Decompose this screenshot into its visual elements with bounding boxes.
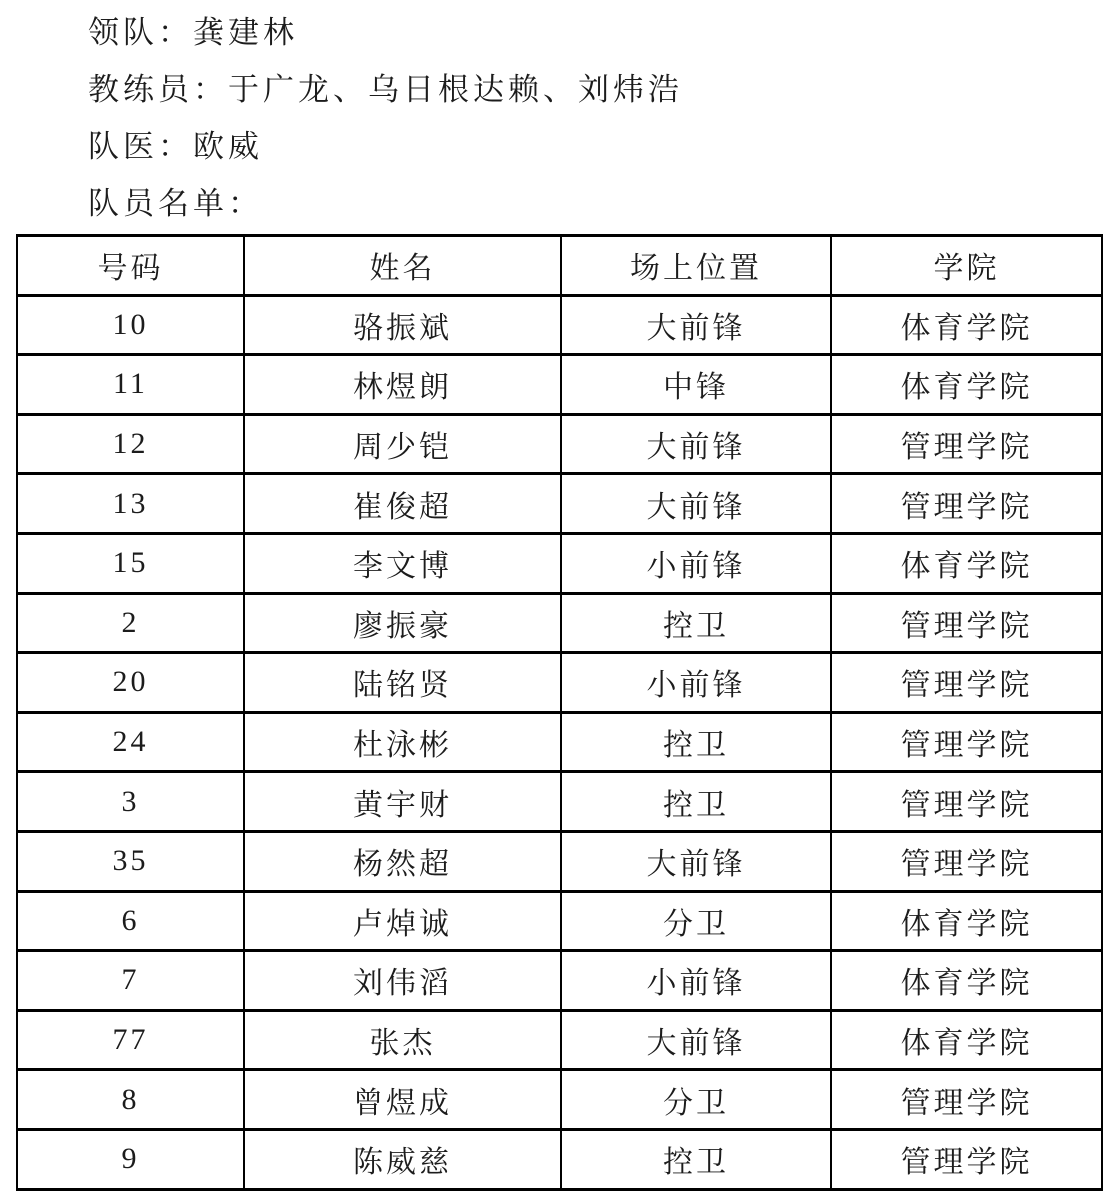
cell-name: 周少铠 [244,414,561,474]
cell-position: 大前锋 [561,831,831,891]
cell-name: 曾煜成 [244,1070,561,1130]
cell-college: 体育学院 [831,891,1102,951]
table-row: 12周少铠大前锋管理学院 [17,414,1102,474]
cell-name: 廖振豪 [244,593,561,653]
cell-name: 李文博 [244,533,561,593]
cell-number: 9 [17,1129,244,1189]
table-row: 15李文博小前锋体育学院 [17,533,1102,593]
cell-number: 15 [17,533,244,593]
table-row: 9陈威慈控卫管理学院 [17,1129,1102,1189]
cell-name: 杜泳彬 [244,712,561,772]
table-row: 24杜泳彬控卫管理学院 [17,712,1102,772]
table-row: 8曾煜成分卫管理学院 [17,1070,1102,1130]
table-row: 6卢焯诚分卫体育学院 [17,891,1102,951]
table-row: 35杨然超大前锋管理学院 [17,831,1102,891]
cell-position: 小前锋 [561,951,831,1011]
cell-position: 中锋 [561,355,831,415]
cell-college: 体育学院 [831,951,1102,1011]
table-row: 20陆铭贤小前锋管理学院 [17,653,1102,713]
team-info-block: 领队：龚建林 教练员：于广龙、乌日根达赖、刘炜浩 队医：欧威 队员名单： [0,0,1112,232]
cell-name: 刘伟滔 [244,951,561,1011]
cell-number: 20 [17,653,244,713]
cell-college: 管理学院 [831,653,1102,713]
cell-position: 大前锋 [561,295,831,355]
cell-name: 卢焯诚 [244,891,561,951]
table-row: 77张杰大前锋体育学院 [17,1010,1102,1070]
cell-college: 管理学院 [831,414,1102,474]
column-header-college: 学院 [831,236,1102,296]
roster-table: 号码 姓名 场上位置 学院 10骆振斌大前锋体育学院11林煜朗中锋体育学院12周… [16,234,1103,1191]
table-row: 2廖振豪控卫管理学院 [17,593,1102,653]
cell-college: 管理学院 [831,474,1102,534]
cell-number: 3 [17,772,244,832]
table-row: 3黄宇财控卫管理学院 [17,772,1102,832]
table-row: 11林煜朗中锋体育学院 [17,355,1102,415]
cell-name: 陆铭贤 [244,653,561,713]
team-leader-line: 领队：龚建林 [88,4,1112,61]
cell-name: 崔俊超 [244,474,561,534]
coaches-line: 教练员：于广龙、乌日根达赖、刘炜浩 [88,61,1112,118]
table-row: 10骆振斌大前锋体育学院 [17,295,1102,355]
cell-name: 张杰 [244,1010,561,1070]
cell-number: 10 [17,295,244,355]
cell-number: 7 [17,951,244,1011]
cell-name: 黄宇财 [244,772,561,832]
column-header-number: 号码 [17,236,244,296]
cell-number: 11 [17,355,244,415]
table-row: 7刘伟滔小前锋体育学院 [17,951,1102,1011]
cell-number: 77 [17,1010,244,1070]
cell-college: 管理学院 [831,1129,1102,1189]
cell-number: 12 [17,414,244,474]
cell-number: 24 [17,712,244,772]
cell-number: 35 [17,831,244,891]
cell-number: 13 [17,474,244,534]
cell-college: 体育学院 [831,295,1102,355]
cell-college: 管理学院 [831,831,1102,891]
cell-position: 小前锋 [561,653,831,713]
table-header-row: 号码 姓名 场上位置 学院 [17,236,1102,296]
roster-label: 队员名单： [88,175,1112,232]
cell-position: 分卫 [561,891,831,951]
cell-name: 陈威慈 [244,1129,561,1189]
cell-name: 骆振斌 [244,295,561,355]
cell-college: 体育学院 [831,355,1102,415]
cell-number: 2 [17,593,244,653]
cell-number: 6 [17,891,244,951]
cell-name: 林煜朗 [244,355,561,415]
column-header-name: 姓名 [244,236,561,296]
cell-college: 管理学院 [831,712,1102,772]
cell-college: 体育学院 [831,1010,1102,1070]
cell-position: 大前锋 [561,1010,831,1070]
cell-position: 大前锋 [561,414,831,474]
table-row: 13崔俊超大前锋管理学院 [17,474,1102,534]
cell-college: 体育学院 [831,533,1102,593]
cell-position: 控卫 [561,1129,831,1189]
cell-position: 大前锋 [561,474,831,534]
cell-college: 管理学院 [831,772,1102,832]
column-header-position: 场上位置 [561,236,831,296]
cell-name: 杨然超 [244,831,561,891]
cell-college: 管理学院 [831,593,1102,653]
cell-position: 控卫 [561,772,831,832]
document-page: 领队：龚建林 教练员：于广龙、乌日根达赖、刘炜浩 队医：欧威 队员名单： 号码 … [0,0,1112,1203]
cell-college: 管理学院 [831,1070,1102,1130]
cell-position: 小前锋 [561,533,831,593]
cell-number: 8 [17,1070,244,1130]
cell-position: 控卫 [561,712,831,772]
cell-position: 分卫 [561,1070,831,1130]
team-doctor-line: 队医：欧威 [88,118,1112,175]
cell-position: 控卫 [561,593,831,653]
